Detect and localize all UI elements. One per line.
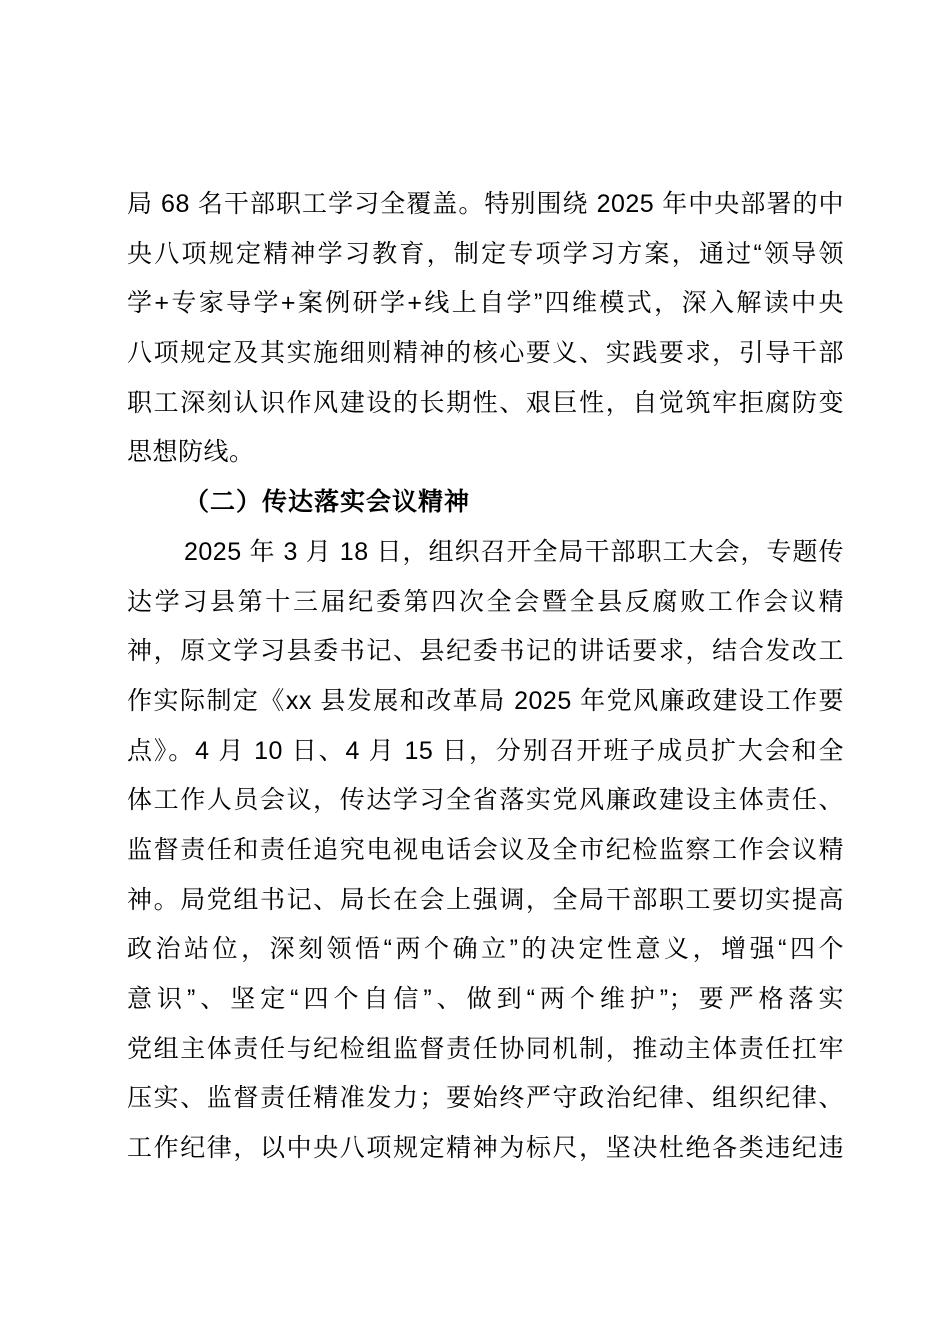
para2-line-11: 党组主体责任与纪检组监督责任协同机制，推动主体责任扛牢 <box>127 1025 844 1075</box>
section-heading: （二）传达落实会议精神 <box>127 478 844 528</box>
document-page: 局 68 名干部职工学习全覆盖。特别围绕 2025 年中央部署的中 央八项规定精… <box>0 0 950 1344</box>
para1-line-6: 思想防线。 <box>127 428 844 478</box>
para2-line-3: 神，原文学习县委书记、县纪委书记的讲话要求，结合发改工 <box>127 627 844 677</box>
para2-line-10: 意识”、坚定“四个自信”、做到“两个维护”；要严格落实 <box>127 975 844 1025</box>
para2-line-7: 监督责任和责任追究电视电话会议及全市纪检监察工作会议精 <box>127 826 844 876</box>
para2-line-2: 达学习县第十三届纪委第四次全会暨全县反腐败工作会议精 <box>127 578 844 628</box>
para2-line-9: 政治站位，深刻领悟“两个确立”的决定性意义，增强“四个 <box>127 925 844 975</box>
para2-line-6: 体工作人员会议，传达学习全省落实党风廉政建设主体责任、 <box>127 776 844 826</box>
para2-line-1: 2025 年 3 月 18 日，组织召开全局干部职工大会，专题传 <box>127 528 844 578</box>
para2-line-12: 压实、监督责任精准发力；要始终严守政治纪律、组织纪律、 <box>127 1074 844 1124</box>
para2-line-13: 工作纪律，以中央八项规定精神为标尺，坚决杜绝各类违纪违 <box>127 1124 844 1174</box>
para1-line-1: 局 68 名干部职工学习全覆盖。特别围绕 2025 年中央部署的中 <box>127 180 844 230</box>
para1-line-5: 职工深刻认识作风建设的长期性、艰巨性，自觉筑牢拒腐防变 <box>127 379 844 429</box>
para2-line-8: 神。局党组书记、局长在会上强调，全局干部职工要切实提高 <box>127 876 844 926</box>
para1-line-4: 八项规定及其实施细则精神的核心要义、实践要求，引导干部 <box>127 329 844 379</box>
document-text-block: 局 68 名干部职工学习全覆盖。特别围绕 2025 年中央部署的中 央八项规定精… <box>127 180 844 1174</box>
para1-line-3: 学+专家导学+案例研学+线上自学”四维模式，深入解读中央 <box>127 279 844 329</box>
para2-line-5: 点》。4 月 10 日、4 月 15 日，分别召开班子成员扩大会和全 <box>127 727 844 777</box>
para1-line-2: 央八项规定精神学习教育，制定专项学习方案，通过“领导领 <box>127 230 844 280</box>
para2-line-4: 作实际制定《xx 县发展和改革局 2025 年党风廉政建设工作要 <box>127 677 844 727</box>
